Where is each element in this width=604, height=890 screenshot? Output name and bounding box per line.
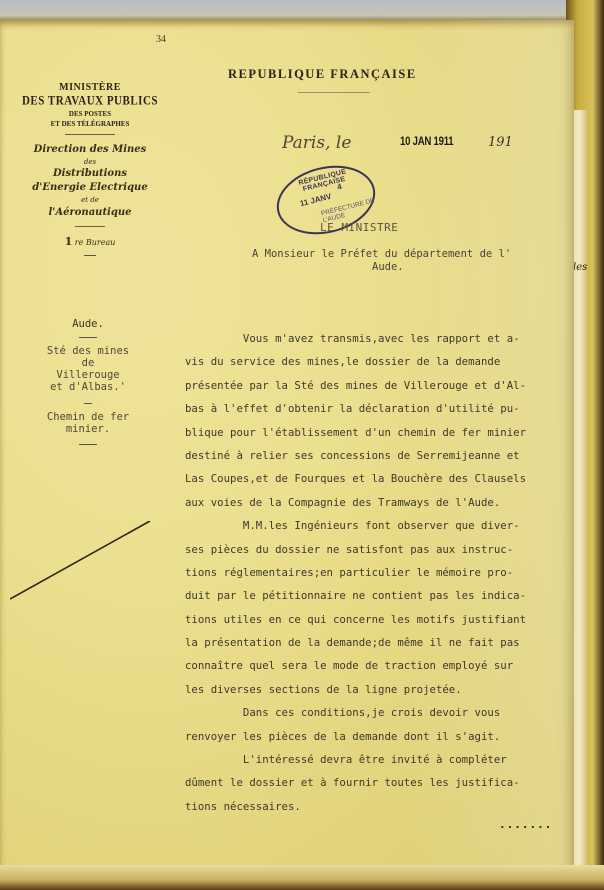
letter-body: Vous m'avez transmis,avec les rapport et…: [185, 327, 565, 818]
republic-rule: [298, 92, 370, 93]
subject-company-4: et d'Albas.': [20, 381, 156, 393]
bureau-text: re Bureau: [75, 238, 116, 247]
page-bottom-fold: [0, 865, 604, 890]
ministry-line-4: ET DES TÉLÉGRAPHES: [10, 120, 170, 128]
direction-line-5: et de: [10, 196, 170, 204]
body-line: tions utiles en ce qui concerne les moti…: [185, 608, 565, 631]
ministry-line-2: DES TRAVAUX PUBLICS: [10, 94, 170, 107]
body-line: Dans ces conditions,je crois devoir vous: [185, 701, 565, 724]
body-line: aux voies de la Compagnie des Tramways d…: [185, 491, 565, 514]
subject-department: Aude.: [20, 318, 156, 330]
body-line: Vous m'avez transmis,avec les rapport et…: [185, 327, 565, 350]
subject-rule-2: [84, 403, 92, 404]
body-line: Las Coupes,et de Fourques et la Bouchère…: [185, 467, 565, 490]
body-line: renvoyer les pièces de la demande dont i…: [185, 725, 565, 748]
date-year-printed: 191: [488, 135, 513, 150]
subject-object-2: minier.: [20, 423, 156, 435]
letterhead-rule: [65, 134, 115, 135]
republic-heading: REPUBLIQUE FRANÇAISE: [228, 67, 417, 82]
body-line: tions nécessaires.: [185, 795, 565, 818]
body-line: ses pièces du dossier ne satisfont pas a…: [185, 538, 565, 561]
bureau-number: 1: [65, 235, 73, 248]
ministry-line-1: MINISTÈRE: [10, 82, 170, 93]
subject-object-1: Chemin de fer: [20, 411, 156, 423]
direction-line-4: d'Energie Electrique: [10, 182, 170, 193]
body-line: connaître quel sera le mode de traction …: [185, 654, 565, 677]
body-line: vis du service des mines,le dossier de l…: [185, 350, 565, 373]
stamp-date: 11 JANV: [299, 192, 332, 208]
addressee-line-1: A Monsieur le Préfet du département de l…: [252, 248, 592, 261]
direction-line-6: l'Aéronautique: [10, 207, 170, 218]
margin-pen-stroke: [10, 521, 160, 601]
subject-block: Aude. Sté des mines de Villerouge et d'A…: [20, 318, 156, 452]
bureau-rule: [84, 255, 96, 256]
folio-number: 34: [156, 34, 166, 45]
body-line: destiné à relier ses concessions de Serr…: [185, 444, 565, 467]
date-stamp: 10 JAN 1911: [400, 134, 453, 148]
bureau-label: 1 re Bureau: [10, 235, 170, 248]
addressee-line-2: Aude.: [252, 261, 592, 274]
direction-line-2: des: [10, 158, 170, 166]
body-line: les diverses sections de la ligne projet…: [185, 678, 565, 701]
closing-dots: .......: [499, 818, 552, 831]
body-line: bas à l'effet d'obtenir la déclaration d…: [185, 397, 565, 420]
background-top-strip: [0, 0, 604, 22]
body-line: tions réglementaires;en particulier le m…: [185, 561, 565, 584]
body-line: présentée par la Sté des mines de Viller…: [185, 374, 565, 397]
addressee: A Monsieur le Préfet du département de l…: [252, 248, 592, 274]
subject-company-1: Sté des mines: [20, 345, 156, 357]
sender-title: LE MINISTRE: [320, 221, 398, 234]
body-line: dûment le dossier et à fournir toutes le…: [185, 771, 565, 794]
body-line: L'intéressé devra être invité à compléte…: [185, 748, 565, 771]
place-label: Paris, le: [282, 133, 351, 153]
subject-company-3: Villerouge: [20, 369, 156, 381]
direction-rule: [75, 226, 105, 227]
ministry-line-3: DES POSTES: [10, 110, 170, 118]
body-line: blique pour l'établissement d'un chemin …: [185, 421, 565, 444]
body-line: la présentation de la demande;de même il…: [185, 631, 565, 654]
direction-line-3: Distributions: [10, 168, 170, 179]
subject-rule-3: [79, 444, 97, 445]
letterhead: MINISTÈRE DES TRAVAUX PUBLICS DES POSTES…: [10, 82, 170, 263]
subject-rule-1: [79, 337, 97, 338]
subject-company-2: de: [20, 357, 156, 369]
body-line: duit par le pétitionnaire ne contient pa…: [185, 584, 565, 607]
direction-line-1: Direction des Mines: [10, 144, 170, 155]
body-line: M.M.les Ingénieurs font observer que div…: [185, 514, 565, 537]
